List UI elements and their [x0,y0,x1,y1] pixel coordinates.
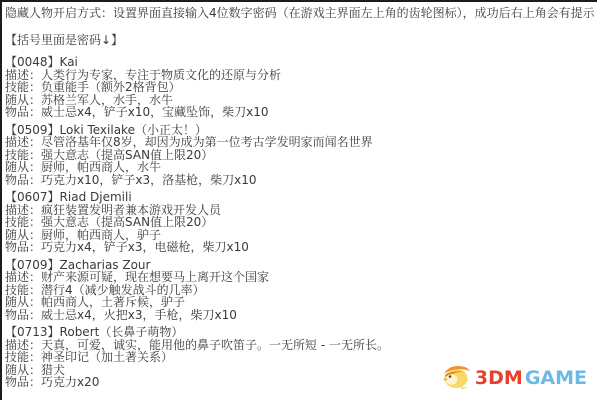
items-value: 巧克力x20 [41,375,99,389]
items-line: 物品：威士忌x4，铲子x10，宝藏坠饰，柴刀x10 [5,106,597,119]
items-label: 物品： [5,240,41,254]
items-label: 物品： [5,375,41,389]
items-label: 物品： [5,173,41,187]
chick-mascot-icon [441,363,472,393]
items-line: 物品：巧克力x4，铲子x3，电磁枪，柴刀x10 [5,241,597,254]
intro-text: 隐藏人物开启方式：设置界面直接输入4位数字密码（在游戏主界面左上角的齿轮图标），… [5,2,597,20]
character-block-0048: 【0048】Kai 描述：人类行为专家，专注于物质文化的还原与分析 技能：负重能… [5,56,597,119]
character-block-0509: 【0509】Loki Texilake（小正太！） 描述：尽管洛基年仅8岁，却因… [5,124,597,187]
items-line: 物品：巧克力x10，铲子x3，洛基枪，柴刀x10 [5,174,597,187]
items-line: 物品：威士忌x4，火把x3，手枪，柴刀x10 [5,309,597,322]
character-block-0607: 【0607】Riad Djemili 描述：疯狂装置发明者兼本游戏开发人员 技能… [5,191,597,254]
password-note: 【括号里面是密码↓】 [5,34,597,47]
skill-line: 技能：神圣印记（加土著关系） [5,351,597,364]
character-block-0709: 【0709】Zacharias Zour 描述：财产来源可疑，现在想要马上离开这… [5,259,597,322]
items-value: 巧克力x10，铲子x3，洛基枪，柴刀x10 [41,173,256,187]
watermark-text-game: GAME [525,369,587,388]
items-value: 威士忌x4，火把x3，手枪，柴刀x10 [41,308,237,322]
items-value: 威士忌x4，铲子x10，宝藏坠饰，柴刀x10 [41,105,268,119]
items-value: 巧克力x4，铲子x3，电磁枪，柴刀x10 [41,240,249,254]
items-label: 物品： [5,308,41,322]
items-label: 物品： [5,105,41,119]
guide-page: 隐藏人物开启方式：设置界面直接输入4位数字密码（在游戏主界面左上角的齿轮图标），… [0,0,597,400]
watermark-3dmgame: 3DMGAME [441,363,587,393]
watermark-text-3dm: 3DM [475,369,523,388]
